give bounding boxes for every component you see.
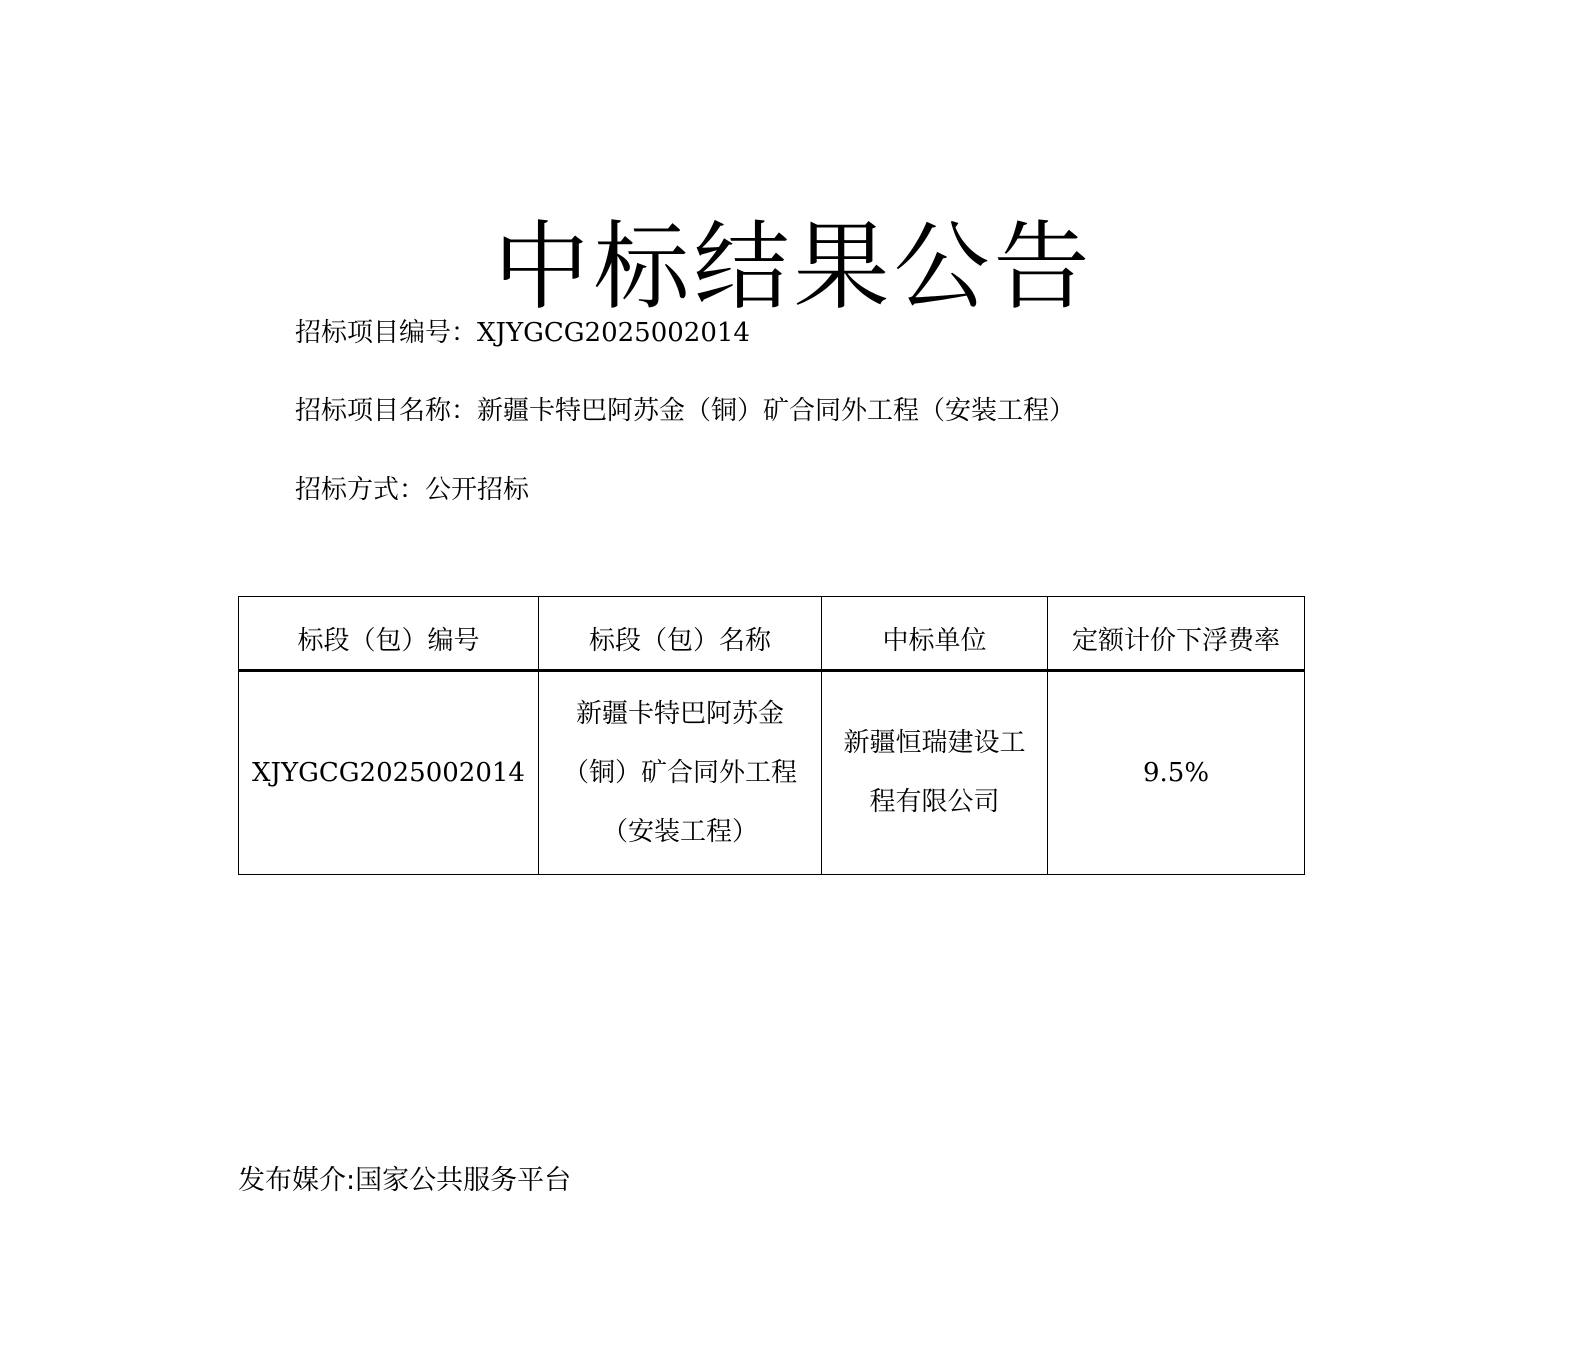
winning-bidder-text: 新疆恒瑞建设工程有限公司 — [835, 714, 1035, 832]
project-number-value: XJYGCG2025002014 — [477, 318, 750, 348]
cell-lot-name: 新疆卡特巴阿苏金（铜）矿合同外工程（安装工程） — [539, 671, 822, 875]
cell-discount-rate: 9.5% — [1048, 671, 1305, 875]
result-table: 标段（包）编号 标段（包）名称 中标单位 定额计价下浮费率 XJYGCG2025… — [238, 596, 1305, 875]
tender-method-value: 公开招标 — [425, 475, 529, 505]
project-name-label: 招标项目名称： — [295, 396, 477, 426]
project-number-label: 招标项目编号： — [295, 318, 477, 348]
publish-media-value: 国家公共服务平台 — [355, 1165, 571, 1196]
cell-winning-bidder: 新疆恒瑞建设工程有限公司 — [822, 671, 1048, 875]
header-winning-bidder: 中标单位 — [822, 597, 1048, 671]
header-lot-number: 标段（包）编号 — [239, 597, 539, 671]
publish-media: 发布媒介:国家公共服务平台 — [238, 1163, 571, 1199]
lot-name-text: 新疆卡特巴阿苏金（铜）矿合同外工程（安装工程） — [560, 685, 800, 862]
header-lot-name: 标段（包）名称 — [539, 597, 822, 671]
cell-lot-number: XJYGCG2025002014 — [239, 671, 539, 875]
page-title: 中标结果公告 — [0, 212, 1587, 322]
project-number-field: 招标项目编号：XJYGCG2025002014 — [295, 316, 750, 350]
project-name-field: 招标项目名称：新疆卡特巴阿苏金（铜）矿合同外工程（安装工程） — [295, 394, 1075, 428]
publish-media-label: 发布媒介: — [238, 1165, 355, 1196]
project-name-value: 新疆卡特巴阿苏金（铜）矿合同外工程（安装工程） — [477, 396, 1075, 426]
table-header-row: 标段（包）编号 标段（包）名称 中标单位 定额计价下浮费率 — [239, 597, 1305, 671]
tender-method-label: 招标方式： — [295, 475, 425, 505]
tender-method-field: 招标方式：公开招标 — [295, 473, 529, 507]
table-row: XJYGCG2025002014 新疆卡特巴阿苏金（铜）矿合同外工程（安装工程）… — [239, 671, 1305, 875]
header-discount-rate: 定额计价下浮费率 — [1048, 597, 1305, 671]
